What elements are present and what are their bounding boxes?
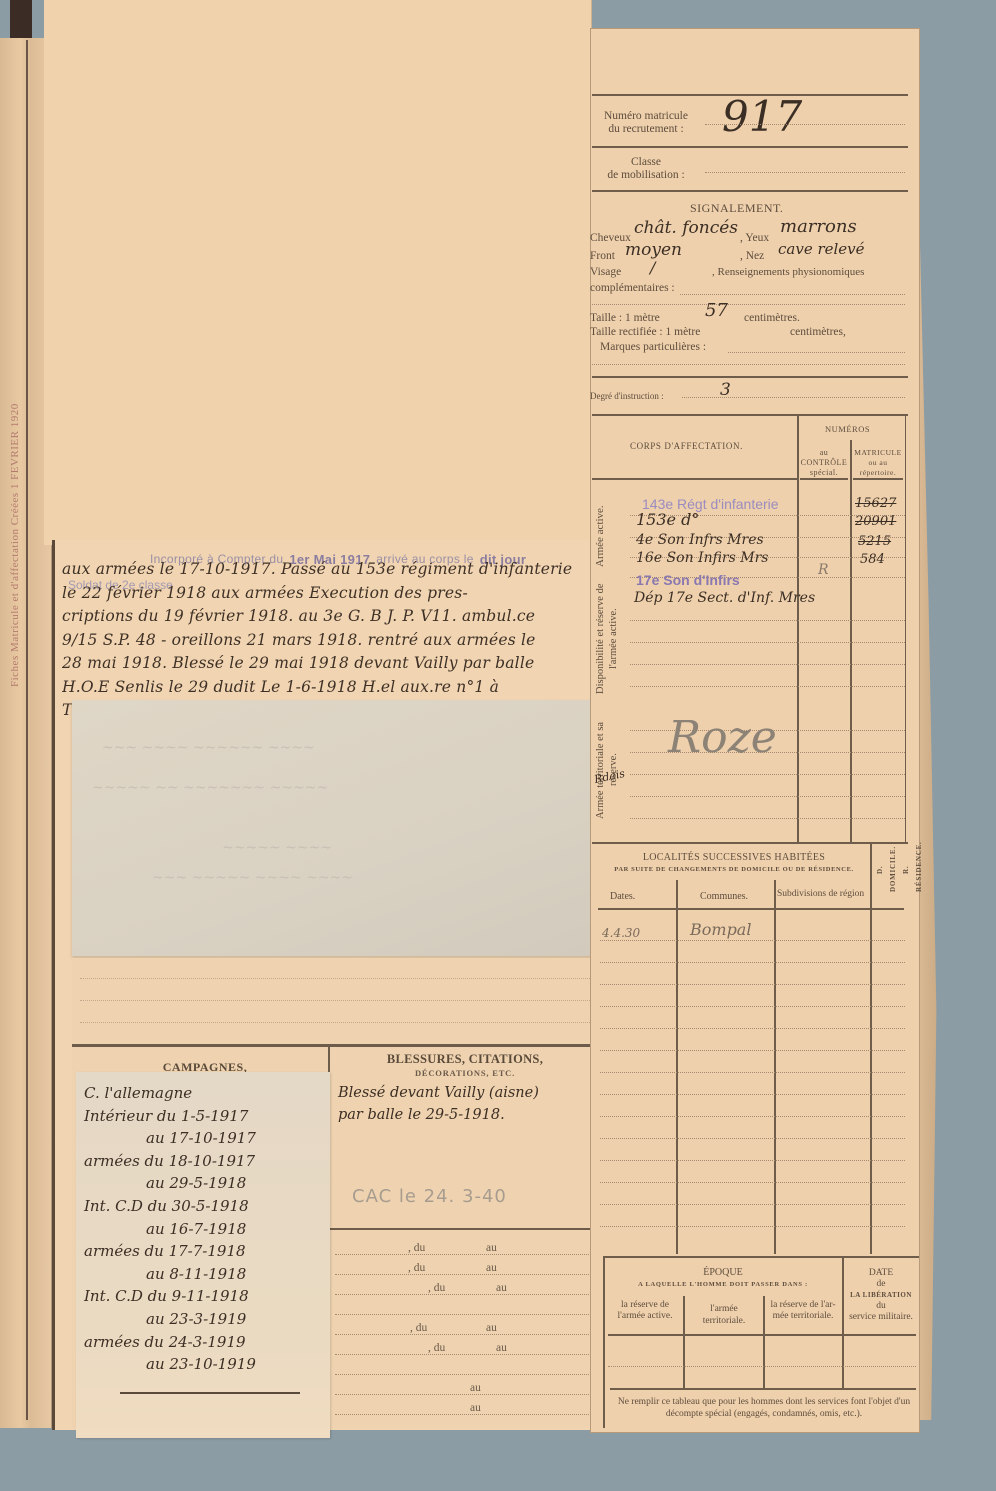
faded-text: ~~~ ~~~~~ ~~~~ ~~~~ [152,870,353,886]
epoque-footnote: Ne remplir ce tableau que pour les homme… [612,1396,916,1420]
campaign-line: C. l'allemagne [84,1082,324,1105]
classe-label: Classe de mobilisation : [596,156,696,182]
ruled-line [335,1374,605,1375]
centimetres-label: centimètres. [744,312,800,325]
column-divider [683,1296,685,1388]
ruled-line [335,1254,605,1255]
campaign-line: au 17-10-1917 [84,1127,324,1150]
dotted-line [630,686,905,687]
campaign-line: Intérieur du 1-5-1917 [84,1105,324,1128]
dotted-line [600,1006,905,1007]
campaign-line: armées du 24-3-1919 [84,1331,324,1354]
label-line: de [846,1279,916,1290]
matricule-entry: 15627 [855,496,896,511]
dotted-line [600,1116,905,1117]
visage-value: / [650,258,655,277]
armee-active-label: Armée active. [594,500,624,572]
narrative-line: aux armées le 17-10-1917. Passé au 153e … [62,558,592,582]
front-label: Front [590,250,615,263]
reserve-mark: R [818,562,829,578]
nez-label: , Nez [740,250,764,263]
column-divider [797,416,799,842]
campaign-line: au 23-10-1919 [84,1353,324,1376]
column-divider [763,1296,765,1388]
column-divider [905,416,906,842]
disponibilite-label: Disponibilité et réserve de l'armée acti… [594,578,624,700]
epoque-col-3: la réserve de l'ar-mée territoriale. [766,1300,840,1322]
column-divider [850,440,852,842]
dotted-line [600,940,905,941]
blank-cover-sheet [44,0,592,545]
ruled-line [335,1334,605,1335]
form-rule [592,478,797,480]
narrative-line: 28 mai 1918. Blessé le 29 mai 1918 devan… [62,652,592,676]
campaign-line: au 8-11-1918 [84,1263,324,1286]
dotted-line [630,664,905,665]
dotted-line [705,172,905,173]
au-label: au [486,1242,497,1254]
dotted-line [630,620,905,621]
blessures-entries: Blessé devant Vailly (aisne) par balle l… [338,1082,603,1126]
numeros-header: NUMÉROS [825,423,870,436]
form-rule [592,190,908,192]
dotted-line [592,364,905,365]
table-divider [72,1044,606,1047]
du-label: , du [428,1282,445,1294]
faded-overlay-note: ~~~ ~~~~ ~~~~~~ ~~~~ ~~~~~ ~~ ~~~~~~~ ~~… [72,700,596,956]
faded-text: ~~~~~ ~~ ~~~~~~~ ~~~~~ [92,780,328,796]
ruled-line [80,1022,598,1023]
narrative-line: 9/15 S.P. 48 - oreillons 21 mars 1918. r… [62,629,592,653]
corps-entry: 153e d° [636,510,699,529]
reserve-entry: Dép 17e Sect. d'Inf. Mres [634,590,815,606]
dotted-line [592,304,905,305]
au-label: au [496,1282,507,1294]
narrative-line: le 22 février 1918 aux armées Execution … [62,582,592,606]
ruled-line [80,1000,598,1001]
dotted-line [600,1050,905,1051]
taille-value: 57 [705,300,728,321]
dotted-line [630,774,905,775]
faded-text: ~~~ ~~~~ ~~~~~~ ~~~~ [102,740,315,756]
dotted-line [630,818,905,819]
spine-print-text: Fiches Matricule et d'affectation Créées… [4,250,26,840]
form-rule [800,478,848,480]
label-line: Classe [596,156,696,169]
form-rule [603,1256,919,1258]
au-label: au [470,1382,481,1394]
ruled-line [335,1354,605,1355]
dotted-line [600,1160,905,1161]
table-divider [328,1228,606,1230]
dr-header: D. DOMICILE. R. RÉSIDENCE. [874,848,902,892]
signalement-title: SIGNALEMENT. [690,202,783,215]
form-rule [592,146,908,148]
complementaires-label: complémentaires : [590,282,675,295]
label-line: DATE [846,1268,916,1279]
form-rule [592,414,908,416]
matricule-number: 917 [722,92,802,141]
dotted-line [608,1366,916,1367]
campaign-line: Int. C.D du 30-5-1918 [84,1195,324,1218]
campaign-line: Int. C.D du 9-11-1918 [84,1285,324,1308]
dotted-line [600,1094,905,1095]
campagnes-list: C. l'allemagne Intérieur du 1-5-1917 au … [84,1082,324,1376]
narrative-line: criptions du 19 février 1918. au 3e G. B… [62,605,592,629]
nez-value: cave relevé [778,240,865,258]
matricule-header: MATRICULE ou au répertoire. [852,448,904,478]
reserve-entry-stamp: 17e Son d'Infirs [636,572,740,588]
ruled-line [335,1414,605,1415]
label-line: LA LIBÉRATION [846,1290,916,1301]
ruled-line [80,978,598,979]
au-label: au [470,1402,481,1414]
blessure-line: par balle le 29-5-1918. [338,1104,603,1126]
cheveux-value: chât. foncés [634,218,738,238]
campaign-line: armées du 17-7-1918 [84,1240,324,1263]
campaign-line: au 16-7-1918 [84,1218,324,1241]
visage-label: Visage [590,266,621,279]
front-value: moyen [625,240,682,260]
localite-date: 4.4.30 [602,926,640,940]
corps-entry: 4e Son Infrs Mres [636,532,764,548]
au-label: au [486,1322,497,1334]
matricule-entry: 5215 [858,534,891,549]
form-rule [608,1334,916,1336]
liberation-header: DATE de LA LIBÉRATION du service militai… [846,1268,916,1323]
dotted-line [630,796,905,797]
epoque-col-2: l'armée territoriale. [688,1303,760,1327]
taille-rectifiee-label: Taille rectifiée : 1 mètre [590,326,700,339]
matricule-entry: 584 [860,552,885,567]
campaign-line: au 23-3-1919 [84,1308,324,1331]
dotted-line [600,984,905,985]
faded-text: ~~~~~ ~~~~ [222,840,332,856]
dotted-line [600,1204,905,1205]
epoque-col-1: la réserve de l'armée active. [610,1300,680,1322]
blessures-header: BLESSURES, CITATIONS, [335,1052,595,1067]
dotted-line [682,397,905,398]
column-divider [603,1256,605,1428]
col-dates: Dates. [610,890,635,903]
au-label: au [486,1262,497,1274]
ruled-line [335,1294,605,1295]
form-rule [598,908,904,910]
taille-label: Taille : 1 mètre [590,312,660,325]
form-rule [610,1388,916,1390]
epoque-subtitle: A LAQUELLE L'HOMME DOIT PASSER DANS : [606,1278,840,1291]
column-divider [842,1258,844,1388]
label-line: du [846,1301,916,1312]
corps-header: CORPS D'AFFECTATION. [630,440,743,453]
column-divider [870,844,872,1254]
label-line: de mobilisation : [596,169,696,182]
blessures-subheader: DÉCORATIONS, ETC. [335,1068,595,1078]
yeux-label: , Yeux [740,232,769,245]
blessure-line: Blessé devant Vailly (aisne) [338,1082,603,1104]
dotted-line [705,124,905,125]
campaign-line: au 29-5-1918 [84,1172,324,1195]
marques-label: Marques particulières : [600,341,706,354]
du-label: , du [408,1242,425,1254]
campagnes-end-rule [120,1392,300,1394]
dotted-line [728,352,905,353]
ruled-line [335,1394,605,1395]
dotted-line [600,962,905,963]
du-label: , du [408,1262,425,1274]
du-label: , du [428,1342,445,1354]
au-label: au [496,1342,507,1354]
corps-entry: 16e Son Infirs Mrs [636,550,768,566]
matricule-entry: 20901 [855,514,896,529]
degre-label: Degré d'instruction : [590,390,664,403]
controle-header: au CONTRÔLE spécial. [800,448,848,478]
pencil-annotation: CAC le 24. 3-40 [352,1186,507,1207]
form-rule [592,842,908,844]
dotted-line [600,1182,905,1183]
renseignements-label: , Renseignements physionomiques [712,266,864,279]
form-rule [853,478,903,480]
dotted-line [600,1226,905,1227]
localite-commune: Bompal [690,920,751,939]
dotted-line [630,642,905,643]
column-divider [676,880,678,1254]
ruled-line [335,1314,605,1315]
ruled-line [335,1274,605,1275]
label-line: service militaire. [846,1312,916,1323]
label-line: Numéro matricule [596,110,696,123]
dotted-line [680,294,905,295]
service-narrative: aux armées le 17-10-1917. Passé au 153e … [62,558,592,723]
col-communes: Communes. [700,890,748,903]
dotted-line [600,1028,905,1029]
localites-subtitle: PAR SUITE DE CHANGEMENTS DE DOMICILE OU … [600,863,868,876]
binding-line [26,40,28,1420]
dotted-line [600,1138,905,1139]
yeux-value: marrons [780,216,857,237]
campaign-line: armées du 18-10-1917 [84,1150,324,1173]
col-subdivisions: Subdivisions de région [777,888,864,901]
matricule-label: Numéro matricule du recrutement : [596,110,696,136]
form-rule [592,376,908,378]
du-label: , du [410,1322,427,1334]
column-divider [774,880,776,1254]
dotted-line [600,1072,905,1073]
centimetres-label-2: centimètres, [790,326,846,339]
signature-pencil: Roze [668,712,777,763]
label-line: du recrutement : [596,123,696,136]
narrative-line: H.O.E Senlis le 29 dudit Le 1-6-1918 H.e… [62,676,592,700]
